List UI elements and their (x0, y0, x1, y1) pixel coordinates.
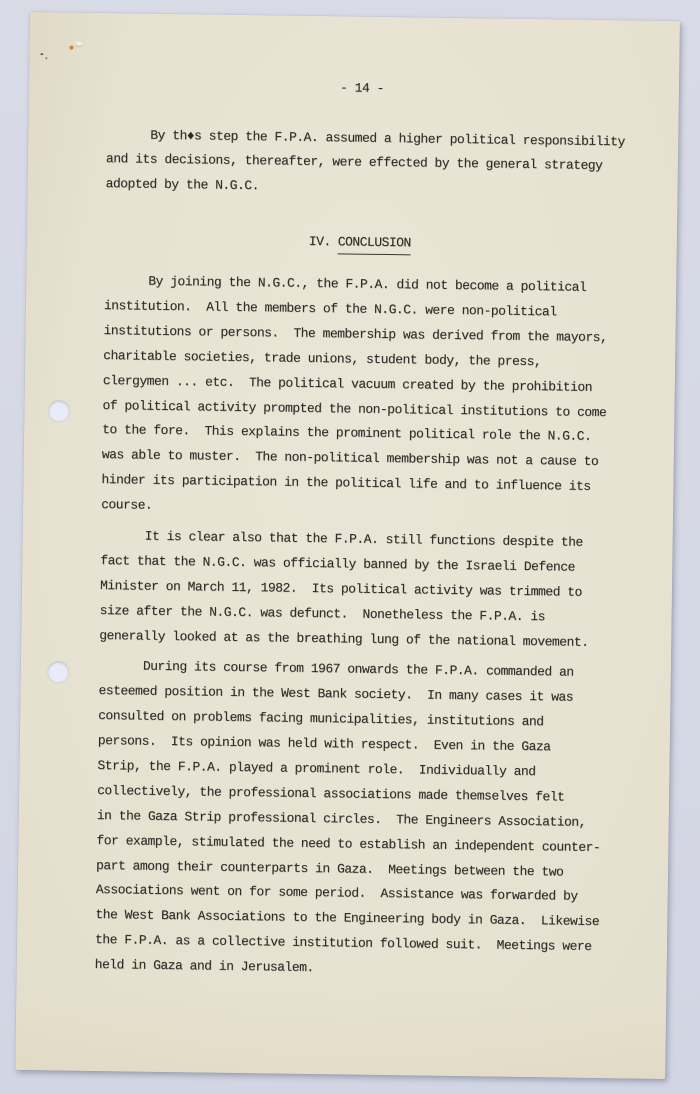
paragraph-1: By th♦s step the F.P.A. assumed a higher… (105, 123, 616, 205)
paragraph-4: During its course from 1967 onwards the … (95, 654, 609, 985)
section-heading: IV.CONCLUSION (105, 227, 615, 259)
paper-speck (69, 46, 73, 50)
scan-background: - 14 - By th♦s step the F.P.A. assumed a… (0, 0, 700, 1094)
paper-gouge (76, 42, 83, 46)
page-number: - 14 - (107, 73, 617, 105)
section-title: CONCLUSION (338, 232, 411, 255)
section-numeral: IV. (309, 234, 331, 249)
typewritten-text: - 14 - By th♦s step the F.P.A. assumed a… (95, 73, 618, 985)
paper-speck (40, 53, 43, 55)
hole-punch-bottom (48, 661, 69, 682)
hole-punch-top (48, 400, 69, 421)
document-page: - 14 - By th♦s step the F.P.A. assumed a… (15, 12, 680, 1079)
paper-speck (45, 57, 47, 59)
paragraph-3: It is clear also that the F.P.A. still f… (99, 524, 611, 656)
paragraph-2: By joining the N.G.C., the F.P.A. did no… (101, 269, 614, 525)
